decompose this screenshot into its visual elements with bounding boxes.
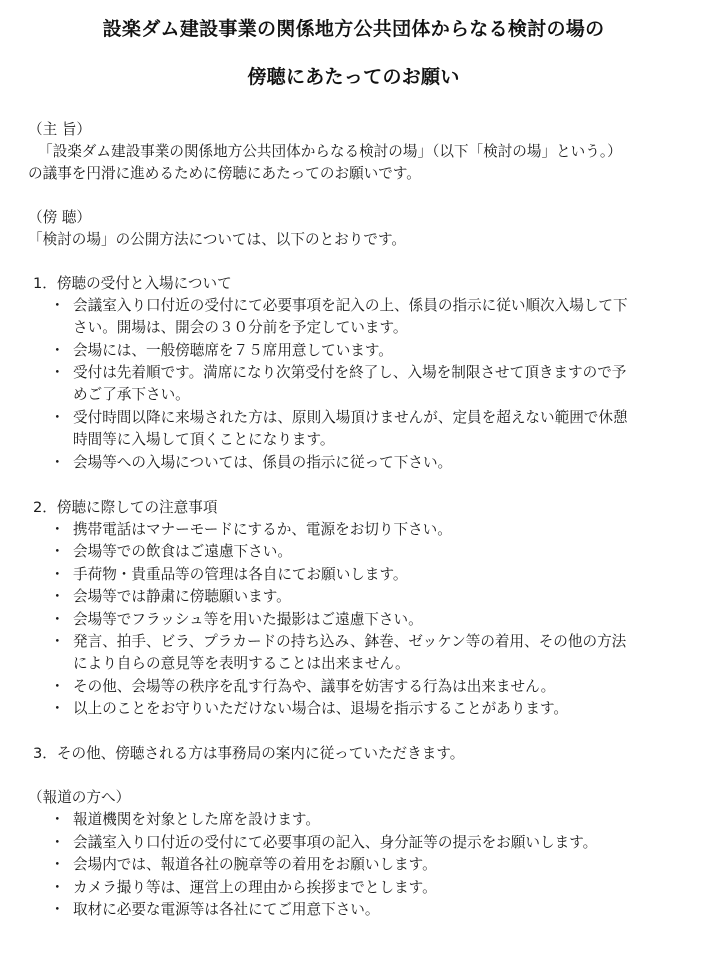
bullet-icon: ・ [50,834,65,852]
list-item-line: 手荷物・貴重品等の管理は各自にてお願いします。 [73,566,408,584]
bullet-icon: ・ [50,856,65,874]
document-title-line-1: 設楽ダム建設事業の関係地方公共団体からなる検討の場の [0,14,707,41]
document-page: 設楽ダム建設事業の関係地方公共団体からなる検討の場の 傍聴にあたってのお願い （… [0,0,707,980]
bullet-icon: ・ [50,409,65,427]
bullet-icon: ・ [50,901,65,919]
list-item-line: 発言、拍手、ビラ、プラカードの持ち込み、鉢巻、ゼッケン等の着用、その他の方法 [73,633,626,651]
list-item-line: 会場等でフラッシュ等を用いた撮影はご遠慮下さい。 [73,611,423,629]
list-item-line: 会議室入り口付近の受付にて必要事項を記入の上、係員の指示に従い順次入場して下 [73,297,628,315]
bullet-icon: ・ [50,566,65,584]
audience-intro: 「検討の場」の公開方法については、以下のとおりです。 [28,231,406,249]
list-item-line: 時間等に入場して頂くことになります。 [73,431,335,449]
bullet-icon: ・ [50,342,65,360]
bullet-icon: ・ [50,521,65,539]
list-item-line: 会場等での飲食はご遠慮下さい。 [73,543,292,561]
purpose-text-line-1: 「設楽ダム建設事業の関係地方公共団体からなる検討の場」（以下「検討の場」という。… [38,143,622,161]
list-item-line: 携帯電話はマナーモードにするか、電源をお切り下さい。 [73,521,452,539]
list-item-line: その他、会場等の秩序を乱す行為や、議事を妨害する行為は出来ません。 [73,678,555,696]
bullet-icon: ・ [50,454,65,472]
list-item-line: めご了承下さい。 [73,386,190,404]
list-item-line: により自らの意見等を表明することは出来ません。 [73,655,410,673]
bullet-icon: ・ [50,297,65,315]
section-2-heading: 2．傍聴に際しての注意事項 [33,499,217,517]
section-3-heading: 3．その他、傍聴される方は事務局の案内に従っていただきます。 [33,745,464,763]
list-item-line: 会議室入り口付近の受付にて必要事項の記入、身分証等の提示をお願いします。 [73,834,597,852]
section-1-heading: 1．傍聴の受付と入場について [33,275,232,293]
bullet-icon: ・ [50,633,65,651]
list-item-line: 会場等では静粛に傍聴願います。 [73,588,291,606]
document-title-line-2: 傍聴にあたってのお願い [0,62,707,89]
bullet-icon: ・ [50,543,65,561]
bullet-icon: ・ [50,364,65,382]
list-item-line: 受付時間以降に来場された方は、原則入場頂けませんが、定員を超えない範囲で休憩 [73,409,628,427]
bullet-icon: ・ [50,811,65,829]
list-item-line: 会場等への入場については、係員の指示に従って下さい。 [73,454,452,472]
list-item-line: 取材に必要な電源等は各社にてご用意下さい。 [73,901,379,919]
list-item-line: 受付は先着順です。満席になり次第受付を終了し、入場を制限させて頂きますので予 [73,364,626,382]
bullet-icon: ・ [50,879,65,897]
list-item-line: 報道機関を対象とした席を設けます。 [73,811,320,829]
bullet-icon: ・ [50,611,65,629]
audience-heading: （傍 聴） [28,209,91,227]
list-item-line: 以上のことをお守りいただけない場合は、退場を指示することがあります。 [73,700,568,718]
list-item-line: 会場には、一般傍聴席を７５席用意しています。 [73,342,393,360]
list-item-line: 会場内では、報道各社の腕章等の着用をお願いします。 [73,856,437,874]
list-item-line: さい。開場は、開会の３０分前を予定しています。 [73,319,408,337]
purpose-heading: （主 旨） [28,121,91,139]
bullet-icon: ・ [50,678,65,696]
purpose-text-line-2: の議事を円滑に進めるために傍聴にあたってのお願いです。 [28,165,421,183]
bullet-icon: ・ [50,588,65,606]
press-heading: （報道の方へ） [28,789,130,807]
list-item-line: カメラ撮り等は、運営上の理由から挨拶までとします。 [73,879,437,897]
bullet-icon: ・ [50,700,65,718]
